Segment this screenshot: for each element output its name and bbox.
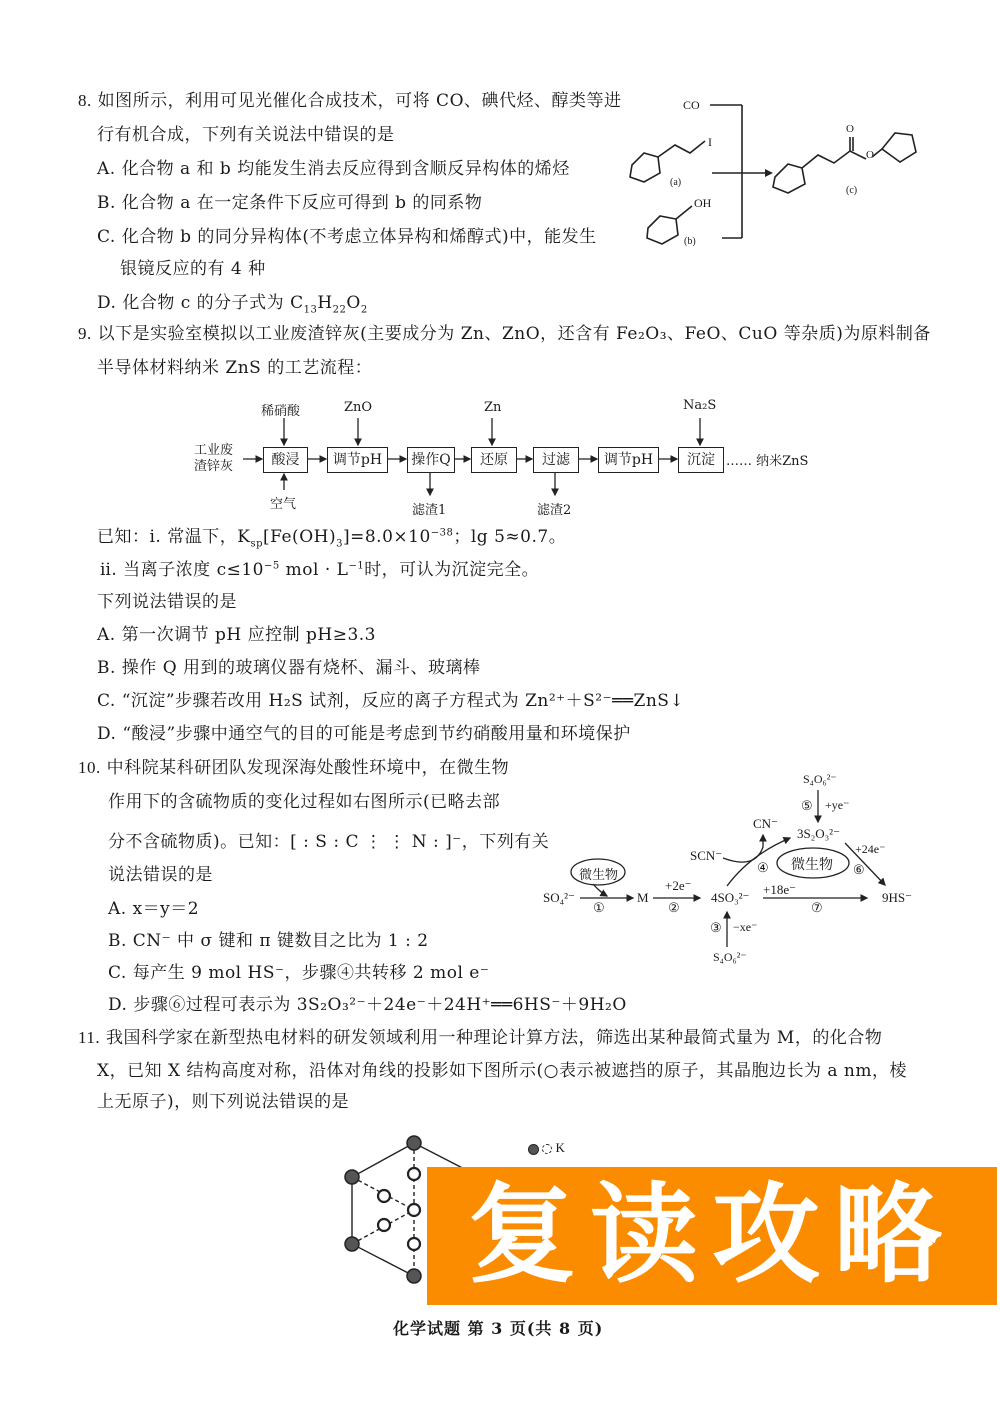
q11-legend: K	[528, 1140, 565, 1156]
q9-option-d[interactable]: D. “酸浸”步骤中通空气的目的可能是考虑到节约硝酸用量和环境保护	[97, 723, 631, 745]
flow-residue-2: 滤渣2	[537, 499, 571, 518]
q8-reaction-diagram: CO I (a) OH (b) (c) O O	[620, 85, 940, 265]
q9-stem-line1: 9. 以下是实验室模拟以工业废渣锌灰(主要成分为 Zn、ZnO，还含有 Fe₂O…	[78, 323, 931, 345]
flow-input: 工业废 渣锌灰	[194, 443, 233, 475]
q10-stem-line1: 10. 中科院某科研团队发现深海处酸性环境中，在微生物	[78, 757, 509, 779]
q8-option-c[interactable]: C. 化合物 b 的同分异构体(不考虑立体异构和烯醇式)中，能发生	[97, 226, 597, 248]
q8-stem-line2: 行有机合成，下列有关说法中错误的是	[97, 124, 395, 146]
q9-known-ii: ⅱ. 当离子浓度 c≤10−5 mol · L−1时，可认为沉淀完全。	[100, 559, 539, 581]
q9-known-i: 已知：ⅰ. 常温下，Ksp[Fe(OH)3]=8.0×10−38；lg 5≈0.…	[97, 526, 566, 548]
q9-option-b[interactable]: B. 操作 Q 用到的玻璃仪器有烧杯、漏斗、玻璃棒	[97, 657, 481, 679]
q9-option-c[interactable]: C. “沉淀”步骤若改用 H₂S 试剂，反应的离子方程式为 Zn²⁺＋S²⁻══…	[97, 690, 684, 712]
page-footer: 化学试题 第 3 页(共 8 页)	[393, 1316, 603, 1339]
watermark-banner: 复读攻略	[427, 1167, 997, 1305]
q10-option-b[interactable]: B. CN⁻ 中 σ 键和 π 键数目之比为 1 : 2	[108, 930, 429, 952]
q11-stem-line1: 11. 我国科学家在新型热电材料的研发领域利用一种理论计算方法，筛选出某种最简式…	[78, 1027, 882, 1049]
flow-input-nitric-acid: 稀硝酸	[261, 400, 300, 419]
hidden-atom-icon	[542, 1144, 552, 1154]
q8-stem-line1: 8. 如图所示，利用可见光催化合成技术，可将 CO、碘代烃、醇类等进	[78, 90, 622, 112]
flow-input-air: 空气	[270, 493, 296, 512]
flow-residue-1: 滤渣1	[412, 499, 446, 518]
flow-input-zn: Zn	[484, 400, 501, 415]
q10-stem-line3: 分不含硫物质)。已知：[ : S : C ⋮ ⋮ N : ]⁻，下列有关	[108, 831, 549, 853]
flow-box-adjust-ph-2: 调节pH	[598, 447, 659, 473]
flow-input-na2s: Na₂S	[683, 398, 716, 413]
q10-sulfur-cycle-diagram: SO₄²⁻ 微生物 ① M +2e⁻ ② 4SO₃²⁻ ③ −xe⁻ S₄O₆²…	[535, 760, 925, 970]
filled-atom-icon	[528, 1144, 539, 1155]
q11-stem-line2: X，已知 X 结构高度对称，沿体对角线的投影如下图所示(○表示被遮挡的原子，其晶…	[97, 1060, 907, 1082]
flow-box-precipitation: 沉淀	[678, 447, 724, 473]
q10-stem-line2: 作用下的含硫物质的变化过程如右图所示(已略去部	[108, 791, 500, 813]
q9-option-a[interactable]: A. 第一次调节 pH 应控制 pH≥3.3	[97, 624, 376, 646]
flow-box-filtration: 过滤	[533, 447, 579, 473]
flow-output: …… 纳米ZnS	[726, 450, 808, 469]
q8-option-c-cont: 银镜反应的有 4 种	[120, 258, 266, 280]
q10-option-c[interactable]: C. 每产生 9 mol HS⁻，步骤④共转移 2 mol e⁻	[108, 962, 489, 984]
flow-box-acid-leach: 酸浸	[263, 447, 308, 473]
q9-prompt: 下列说法错误的是	[97, 591, 237, 613]
reaction-scheme-graphic	[620, 85, 940, 265]
flow-box-operation-q: 操作Q	[407, 447, 455, 473]
arrow-head-icon	[765, 169, 773, 177]
q8-option-d[interactable]: D. 化合物 c 的分子式为 C13H22O2	[97, 292, 368, 314]
q11-stem-line3: 上无原子)，则下列说法错误的是	[97, 1091, 349, 1113]
q10-option-a[interactable]: A. x＝y＝2	[108, 898, 199, 920]
q10-stem-line4: 说法错误的是	[108, 864, 213, 886]
q10-option-d[interactable]: D. 步骤⑥过程可表示为 3S₂O₃²⁻＋24e⁻＋24H⁺══6HS⁻＋9H₂…	[108, 994, 627, 1016]
flow-box-adjust-ph-1: 调节pH	[327, 447, 388, 473]
q8-option-a[interactable]: A. 化合物 a 和 b 均能发生消去反应得到含顺反异构体的烯烃	[97, 158, 570, 180]
flow-input-zno: ZnO	[344, 400, 372, 415]
flow-box-reduction: 还原	[471, 447, 517, 473]
q8-option-b[interactable]: B. 化合物 a 在一定条件下反应可得到 b 的同系物	[97, 192, 482, 214]
q9-stem-line2: 半导体材料纳米 ZnS 的工艺流程：	[97, 357, 372, 379]
